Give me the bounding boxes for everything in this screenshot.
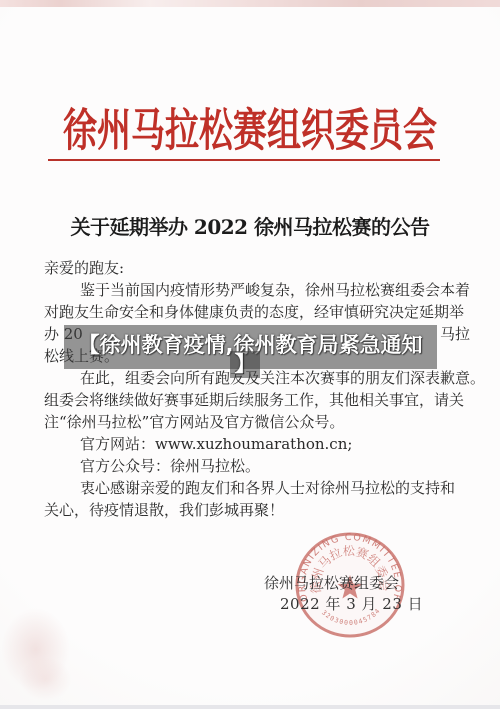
body-line-fragment-right: 马拉 <box>440 323 470 345</box>
body-line: 组委会将继续做好赛事延期后续服务工作，其他相关事宜，请关 <box>44 389 470 411</box>
body-line: 注“徐州马拉松”官方网站及官方微信公众号。 <box>44 411 470 433</box>
body-paragraphs: 亲爱的跑友:鉴于当前国内疫情形势严峻复杂，徐州马拉松赛组委会本着对跑友生命安全和… <box>44 257 470 521</box>
body-line: 官方公众号：徐州马拉松。 <box>44 455 470 477</box>
header-divider <box>48 159 440 161</box>
caption-line2: 】 <box>230 351 260 378</box>
body-line: 亲爱的跑友: <box>44 257 470 279</box>
body-line: 鉴于当前国内疫情形势严峻复杂，徐州马拉松赛组委会本着 <box>44 279 470 301</box>
notice-photo: 徐州马拉松赛组织委员会 关于延期举办 2022 徐州马拉松赛的公告 亲爱的跑友:… <box>0 0 500 709</box>
signature-date: 2022 年 3 月 23 日 <box>280 593 423 614</box>
photo-edge-top <box>0 0 500 7</box>
signature-org: 徐州马拉松赛组委会 <box>264 572 399 593</box>
org-title: 徐州马拉松赛组织委员会 <box>0 94 500 159</box>
notice-title: 关于延期举办 2022 徐州马拉松赛的公告 <box>0 211 500 240</box>
photo-edge-bottom <box>0 705 500 709</box>
body-line: 对跑友生命安全和身体健康负责的态度，经审慎研究决定延期举 <box>44 301 470 323</box>
body-line: 关心，待疫情退散，我们彭城再聚！ <box>44 499 470 521</box>
body-line: 衷心感谢亲爱的跑友们和各界人士对徐州马拉松的支持和 <box>44 477 470 499</box>
photo-smudge <box>8 648 83 709</box>
body-line: 官方网站：www.xuzhoumarathon.cn; <box>44 433 470 455</box>
